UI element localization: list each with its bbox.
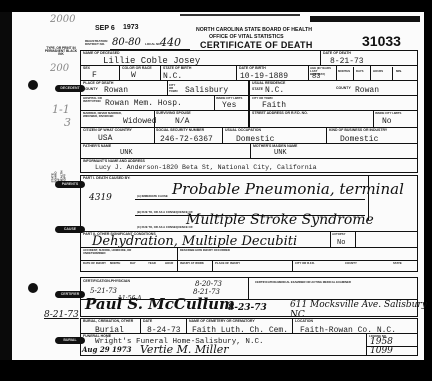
col-line [292,260,293,272]
birth-date-label: DATE OF BIRTH [239,67,266,71]
col-line [160,65,161,80]
col-line [214,95,215,110]
col-line [292,318,293,333]
injury-state-label: STATE [393,262,402,265]
physician-cert-label: CERTIFICATION-PHYSICIAN [83,280,130,284]
received-stamp-year: 1973 [123,24,139,31]
instructions-text: TYPE, OR PRINT IN PERMANENT BLACK INK [42,47,80,57]
date-of-death-label: DATE OF DEATH [323,52,351,56]
race-label: COLOR OR RACE [122,67,152,71]
name-label: NAME OF DECEASED [83,52,120,56]
col-line [355,231,356,247]
punch-hole-top [28,80,38,90]
col-line [119,65,120,80]
county-value: Rowan [104,86,128,95]
mother-label: MOTHER'S MAIDEN NAME [253,145,297,149]
col-line [392,67,393,80]
disposition-label: BURIAL, CREMATION, OTHER [83,320,133,324]
col-line [353,67,354,80]
row-line [135,199,365,200]
inside-city-value: Yes [222,101,236,110]
residence-county: Rowan [355,86,379,95]
spouse-value: N/A [175,117,189,126]
how-injury-label: DESCRIBE HOW INJURY OCCURRED [180,249,230,252]
attended-to: 8-20-73 [195,280,222,288]
physician-address: 611 Mocksville Ave. Salisbury NC [290,300,432,320]
autopsy-value: No [337,239,345,247]
business-value: Domestic [340,135,378,144]
months-label: MONTHS [338,70,350,73]
res-inside-city-label: INSIDE CITY LIMITS [375,112,401,115]
col-line [248,277,249,299]
occupation-value: Domestic [236,135,274,144]
marital-value: Widowed [123,117,157,126]
col-line [177,260,178,272]
spouse-label: SURVIVING SPOUSE [156,112,191,116]
age-value: 83 [312,73,320,81]
col-line [140,318,141,333]
day-label: DAY [130,262,136,265]
pencil-note-top: 2000 [50,14,75,25]
hospital-label: HOSPITAL OR INSTITUTION [83,97,105,103]
col-line [222,127,223,143]
date-injury-label: DATE OF INJURY [83,262,106,265]
residence-state-label: STATE [252,88,263,92]
col-line [330,231,331,247]
informant-label: INFORMANT'S NAME AND ADDRESS [83,160,145,164]
local-no-label: LOCAL NO. [145,43,161,46]
city-value: Salisbury [185,86,228,95]
min-label: MIN. [396,70,402,73]
physician-signature: Paul S. McCullum [85,295,235,313]
registration-label: REGISTRATION DISTRICT NO. [85,40,111,46]
col-line [212,260,213,272]
autopsy-label: AUTOPSY [332,233,345,236]
injury-county-label: COUNTY [345,262,357,265]
informant-value: Lucy J. Anderson-1820 Beta St, National … [95,164,317,171]
county-label: COUNTY [83,88,98,92]
city-label: CITY OR TOWN [169,84,179,92]
place-injury-label: PLACE OF INJURY [215,262,240,265]
header-bar [310,16,420,22]
col-line [366,333,367,356]
registration-district-no: 80-80 [112,37,141,48]
immediate-label: (a) IMMEDIATE CAUSE [137,195,168,198]
received-stamp-date: SEP 6 [95,25,115,32]
hours-label: HOURS [373,70,383,73]
cause-code: 4319 [89,193,112,203]
days-label: DAYS [356,70,364,73]
place-of-death-label: PLACE OF DEATH [83,82,113,86]
date-received: Aug 29 1973 [82,345,132,354]
certificate-title: CERTIFICATE OF DEATH [200,40,313,50]
part1-label: PART I. DEATH CAUSED BY: [83,177,130,181]
col-line [248,80,250,127]
res-inside-city-value: No [382,117,392,126]
punch-hole-bottom [28,283,38,293]
hour-label: HOUR [165,262,173,265]
sex-label: SEX [83,67,90,71]
col-line [373,110,374,127]
business-label: KIND OF BUSINESS OR INDUSTRY [329,129,387,133]
burial-date-label: DATE [143,320,152,324]
col-line [236,65,237,80]
birthplace-label: STATE OF BIRTH [163,67,191,71]
header-rule [180,14,300,16]
residence-label: USUAL RESIDENCE [252,82,285,86]
col-line [186,318,187,333]
residence-state: N.C. [265,86,284,95]
at-work-label: INJURY AT WORK [180,262,204,265]
col-line [326,127,327,143]
city-rfd-label: CITY OR R.F.D. [295,262,315,265]
father-label: FATHER'S NAME [83,145,111,149]
examiner-label: CERTIFICATION-MEDICAL EXAMINER OR ACTING… [255,281,410,284]
ssn-label: SOCIAL SECURITY NUMBER [156,129,204,133]
immediate-cause: Probable Pneumonia, terminal [172,180,404,198]
registrar-signature: Vertie M. Miller [140,343,229,356]
row-line [80,333,418,334]
pencil-note-4: 3 [64,116,71,129]
ssn-value: 246-72-6367 [160,135,213,144]
certifier-date-note: 8-21-73 [44,310,79,320]
local-no: 440 [160,36,181,49]
occupation-label: USUAL OCCUPATION [225,129,261,133]
inside-city-label: INSIDE CITY LIMITS [216,97,242,100]
father-value: UNK [120,149,133,157]
citizen-label: CITIZEN OF WHAT COUNTRY [83,129,132,133]
cemetery-label: NAME OF CEMETERY OR CREMATORY [189,320,255,324]
agency-line-1: NORTH CAROLINA STATE BOARD OF HEALTH [196,27,312,33]
due-to-b-label: (b) DUE TO, OR AS A CONSEQUENCE OF: [137,211,193,214]
col-line [370,65,371,80]
pencil-note-3: 1-1 [52,103,70,116]
col-line [167,80,168,95]
col-line [250,143,251,158]
attended-from: 5-21-73 [90,287,117,295]
certificate-number: 31033 [362,33,401,49]
residence-city: Faith [262,101,286,110]
signed-date: 8-23-73 [228,303,267,313]
license-no: 1099 [370,346,393,356]
due-to-c-label: (c) DUE TO, OR AS A CONSEQUENCE OF: [137,226,193,229]
col-line [320,50,321,65]
decedent-name: Lillie Coble Josey [103,56,200,66]
street-label: STREET ADDRESS OR R.F.D. No. [252,112,308,116]
month-label: MONTH [110,262,120,265]
citizen-value: USA [98,134,112,143]
col-line [154,127,155,143]
due-to-c: Multiple Stroke Syndrome [186,212,374,228]
col-line [154,110,155,127]
location-label: LOCATION [295,320,313,324]
sex-value: F [92,71,97,80]
residence-city-label: CITY OR TOWN [252,97,273,100]
accident-label: ACCIDENT, SUICIDE, HOMICIDE, OR UNDETERM… [83,249,143,255]
col-line [177,247,178,260]
race-value: W [131,71,136,80]
pencil-note-2: 200 [50,63,69,74]
year-label: YEAR [148,262,156,265]
col-line [336,65,337,80]
hospital-value: Rowan Mem. Hosp. [105,99,182,108]
col-line [308,65,309,80]
residence-county-label: COUNTY [336,87,351,91]
mother-value: UNK [274,149,287,157]
birthplace-value: N.C. [163,72,182,81]
